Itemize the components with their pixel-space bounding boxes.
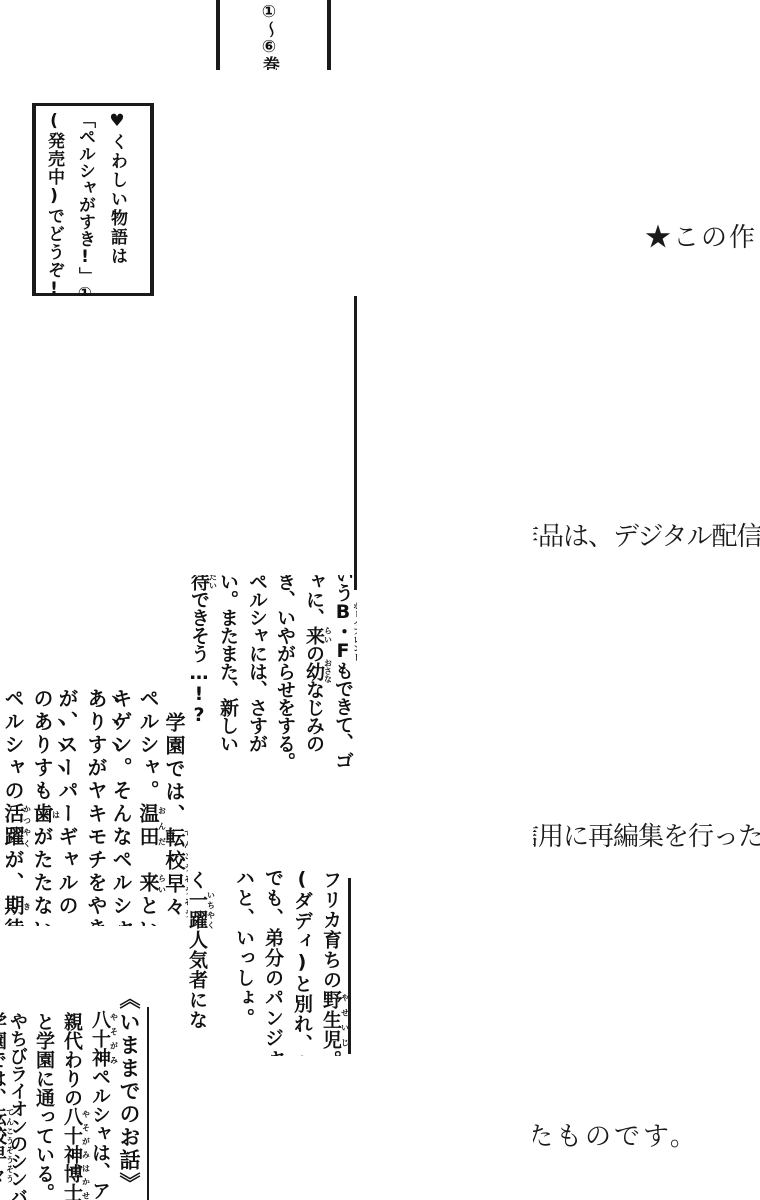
synopsis-mid-col-1: いうB・Fボーイフレンドもできて、ゴ bbox=[333, 575, 357, 769]
story-intro-col-6: 学園では、転校早々てんこうそうそう bbox=[0, 1012, 14, 1183]
synopsis-low-col-1: アフリカ育ちの野生児やせいじ。 bbox=[321, 868, 349, 1056]
digital-note-frag-4: たものです。 bbox=[533, 1121, 760, 1159]
story-intro-tile: 《いままでのお話》 八十神やそがみペルシャは、ア 親代わりの八十神博士やそがみは… bbox=[0, 985, 162, 1200]
digital-note-text-1: ★この作 bbox=[645, 222, 757, 256]
digital-note-text-3: 信用に再編集を行った bbox=[533, 821, 760, 855]
digital-note-text-4: たものです。 bbox=[533, 1121, 699, 1155]
promo-column-1: ♥くわしい物語は bbox=[108, 111, 125, 266]
promo-box: ♥くわしい物語は 「ペルシャがすき!」① (発売中)でどうぞ!! bbox=[30, 103, 156, 296]
digital-note-text-2: 作品は、デジタル配信 bbox=[533, 521, 760, 555]
synopsis-left-col-4: ありすがヤキモチをやき bbox=[84, 688, 123, 926]
digital-note-frag-2: 作品は、デジタル配信 bbox=[533, 521, 760, 559]
promo-border-right bbox=[150, 103, 154, 296]
promo-column-2: 「ペルシャがすき!」① bbox=[76, 111, 93, 296]
story-intro-col-3: 親代わりの八十神博士やそがみはかせ bbox=[62, 1012, 90, 1200]
synopsis-mid-col-4: ペルシャには、さすが bbox=[247, 575, 266, 752]
synopsis-low-col-4: ハと、いっしょ。 bbox=[234, 868, 253, 1028]
story-intro-col-2: 八十神やそがみペルシャは、ア bbox=[90, 1010, 118, 1200]
synopsis-left-tile: 学園では、転校早々てんこうそうそう ペルシャ。温田おんだ 来らいとい キゲン。そ… bbox=[0, 658, 188, 926]
volume-range-label: ①〜⑥巻 bbox=[260, 2, 277, 70]
story-intro-col-4: と学園に通っている。 bbox=[34, 1012, 53, 1200]
synopsis-low-col-3: でも、弟分のパンジャ bbox=[263, 868, 282, 1056]
synopsis-left-col-2: ペルシャ。温田おんだ 来らいとい bbox=[138, 688, 166, 926]
digital-note-frag-3: 信用に再編集を行った bbox=[533, 821, 760, 859]
synopsis-low-col-2: (ダディ)と別れ、やま bbox=[292, 868, 311, 1056]
synopsis-mid-tile: いうB・Fボーイフレンドもできて、ゴ ャに、来らいの幼おさななじみの き、いやが… bbox=[185, 575, 357, 792]
left-rule bbox=[216, 0, 220, 70]
digital-note-frag-1: ★この作 bbox=[645, 222, 760, 260]
synopsis-low-col-5: く一躍いちやく人気者にな bbox=[187, 870, 215, 1030]
right-rule bbox=[327, 0, 331, 70]
story-intro-heading: 《いままでのお話》 bbox=[118, 988, 139, 1195]
synopsis-mid-col-5: い。またまた、新しい bbox=[218, 575, 237, 752]
synopsis-mid-col-3: き、いやがらせをする。 bbox=[275, 575, 294, 770]
manga-recap-page: ①〜⑥巻 ♥くわしい物語は 「ペルシャがすき!」① (発売中)でどうぞ!! ★こ… bbox=[0, 0, 760, 1200]
synopsis-left-col-6: のありすも歯はがたたない bbox=[30, 688, 69, 926]
synopsis-left-col-7: ペルシャの活躍かつやくが、期き待 bbox=[3, 688, 31, 926]
volume-range-tile: ①〜⑥巻 bbox=[216, 0, 331, 70]
panel-rule bbox=[354, 296, 357, 590]
synopsis-mid-col-6: 待たいできそう…!? bbox=[189, 575, 217, 725]
promo-column-3: (発売中)でどうぞ!! bbox=[45, 111, 62, 296]
promo-border-left bbox=[32, 103, 36, 296]
synopsis-mid-col-2: ャに、来らいの幼おさななじみの bbox=[304, 575, 332, 752]
synopsis-low-tile: アフリカ育ちの野生児やせいじ。 (ダディ)と別れ、やま でも、弟分のパンジャ ハ… bbox=[185, 868, 356, 1056]
story-dash-rule bbox=[147, 1007, 149, 1200]
promo-border-top bbox=[32, 103, 154, 106]
